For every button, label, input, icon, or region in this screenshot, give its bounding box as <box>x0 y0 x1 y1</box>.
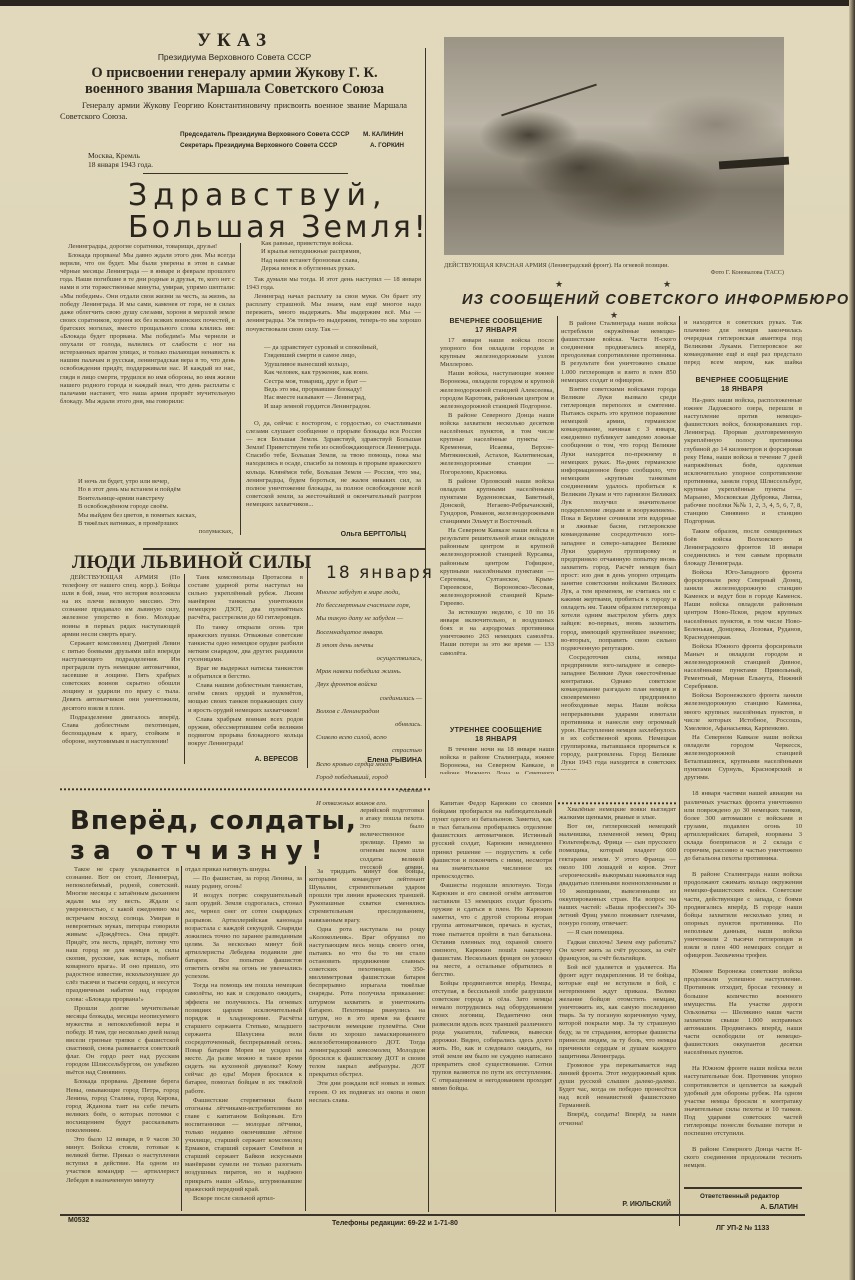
poem-line: соединились — <box>316 692 422 705</box>
lions-col-2: Танк комсомольца Протасова в составе уда… <box>188 574 303 756</box>
greeting-poem-1: И ночь ли будет, утро или вечер, Но в эт… <box>60 478 253 537</box>
paragraph: Тогда на помощь им пошла немецкая самолё… <box>185 982 302 1095</box>
greeting-col-2b: О, да, сейчас с восторгом, с гордостью, … <box>246 420 421 532</box>
poem18-body: Многое забудут в мире люди,Но бессмертны… <box>316 586 422 810</box>
poem-line: Волхов с Ленинградом <box>316 705 422 718</box>
editor-role: Ответственный редактор <box>700 1193 779 1200</box>
paragraph: Слава храбрым воинам всех родов оружия, … <box>188 716 303 748</box>
forward-col-2: отдал приказ натянуть шнуры. — По фашист… <box>185 866 302 1211</box>
greeting-title-1: Здравствуй, <box>128 180 388 212</box>
footer-phones: Телефоны редакции: 69-22 и 1-71-80 <box>332 1220 458 1227</box>
poem-line: Глядевший смерти в самое лицо, <box>264 352 439 360</box>
ukaz-divider <box>143 173 348 174</box>
column-rule <box>679 316 680 1226</box>
paragraph: На Северном Кавказе наши войска в резуль… <box>440 527 554 608</box>
paragraph: Вперёд, солдаты! Вперёд за нами отчизна! <box>559 1111 676 1127</box>
paragraph: В районе Северного Донца части Н-ского с… <box>684 1146 802 1170</box>
paragraph: Громовое ура перекатывается над линией ф… <box>559 1062 676 1111</box>
paragraph: Таким образом, после семидневных боёв во… <box>684 528 802 568</box>
poem-line: Город победивший, город <box>316 771 422 784</box>
poem-line: Славлю всею силой, всею <box>316 731 422 744</box>
gun-barrel-shape <box>719 157 789 170</box>
paragraph: На Южном фронте наши войска вели наступа… <box>684 1065 802 1138</box>
forward-title-1: Вперёд, солдаты, <box>70 806 357 836</box>
ukaz-sig-2-role: Секретарь Президиума Верховного Совета С… <box>180 142 380 149</box>
informburo-col-1b: В течение ночи на 18 января наши войска … <box>440 746 554 774</box>
column-rule <box>428 800 429 1212</box>
paragraph: В течение ночи на 18 января наши войска … <box>440 746 554 774</box>
paragraph: Вот он, гитлеровский немецкий мальчишка,… <box>559 823 676 928</box>
paragraph: Одна рота наступала на рощу «Колокольчик… <box>309 926 425 1080</box>
paragraph: Южнее Воронежа советские войска продолжа… <box>684 968 802 1057</box>
forward-col-4: Капитан Федор Карюкин со своими бойцами … <box>432 800 552 1212</box>
poem-line: В освобождённом городе своём. <box>78 503 253 511</box>
paragraph: Гадкая сволочь! Зачем ему работать? Он х… <box>559 939 676 963</box>
paragraph: Так думали мы тогда. И этот день наступи… <box>246 276 421 292</box>
ukaz-sig-1-role: Председатель Президиума Верховного Совет… <box>180 131 380 138</box>
poem-line: Но бессмертным счастием горя, <box>316 599 422 612</box>
paragraph: На-днях наши войска, расположенные южнее… <box>684 397 802 527</box>
poem-line: И шар земной гордится Ленинградом. <box>264 403 439 411</box>
paragraph: О, да, сейчас с восторгом, с гордостью, … <box>246 420 421 509</box>
paragraph: В районе Северного Донца наши войска зах… <box>440 412 554 477</box>
paragraph: Подразделение двигалось вперёд. Слава до… <box>62 714 180 746</box>
poem-line: Но в этот день мы встанем и пойдём <box>78 486 253 494</box>
paragraph: 17 января наши войска после упорного боя… <box>440 337 554 369</box>
informburo-col-3: и находится в советских руках. Так плаче… <box>684 319 802 369</box>
poem-line: В этот день мечты <box>316 639 422 652</box>
paragraph: За тридцать минут боя бойцы, которыми ко… <box>309 868 425 925</box>
paragraph: Капитан Федор Карюкин со своими бойцами … <box>432 800 552 881</box>
lions-byline: А. ВЕРЕСОВ <box>188 756 298 763</box>
poem-line: обнялись. <box>316 718 422 731</box>
informburo-col-3b: На-днях наши войска, расположенные южнее… <box>684 397 802 1197</box>
forward-col-3-top: лерийской подготовки в атаку пошла пехот… <box>360 807 424 869</box>
paragraph: и находится в советских руках. Так плаче… <box>684 319 802 369</box>
poem-line: Многое забудут в мире люди, <box>316 586 422 599</box>
poem18-byline: Елена РЫВИНА <box>316 757 422 764</box>
paragraph: отдал приказ натянуть шнуры. <box>185 866 302 874</box>
paragraph: Ленинградцы, дорогие соратники, товарищи… <box>60 243 235 251</box>
poem-line: И крылья неподвижные распрямив, <box>261 248 436 256</box>
ukaz-title: УКАЗ <box>62 30 407 52</box>
paragraph: Сосредоточив силы, немцы предприняли юго… <box>561 654 676 770</box>
poem-line: счастья <box>316 784 422 797</box>
forward-col-1: Такое не сразу укладывается в сознание. … <box>66 866 179 1211</box>
informburo-col-2: В районе Сталинграда наши войска истребл… <box>561 320 676 770</box>
poem-line: Двух фронтов войска <box>316 678 422 691</box>
paragraph: Взятие советскими войсками города Велики… <box>561 386 676 653</box>
footer-rule <box>60 1214 805 1216</box>
poem-line: Воительнице-армии навстречу <box>78 495 253 503</box>
section-divider <box>143 548 425 550</box>
paragraph: Бойцы продвигаются вперёд. Немцы, отступ… <box>432 980 552 1093</box>
ukaz-block: УКАЗ Президиума Верховного Совета СССР О… <box>62 30 407 122</box>
poem-line: Как равные, приветствуя войска. <box>261 240 436 248</box>
paragraph: Враг не выдержал натиска танкистов и обр… <box>188 665 303 681</box>
paragraph: Слава нашим доблестным танкистам, огнём … <box>188 682 303 714</box>
paragraph: В районе Орловский наши войска овладели … <box>440 478 554 527</box>
ukaz-headline-1: О присвоении генералу армии Жукову Г. К. <box>62 65 407 81</box>
paragraph: Хвалёные немецкие вояки выглядят жалкими… <box>559 806 676 822</box>
photo-caption: ДЕЙСТВУЮЩАЯ КРАСНАЯ АРМИЯ (Ленинградский… <box>444 262 784 269</box>
paragraph: — По фашистам, за город Ленина, за нашу … <box>185 875 302 891</box>
paragraph: Это было 12 января, в 9 часов 30 минут. … <box>66 1136 179 1185</box>
paragraph: Вскоре после сильной артил- <box>185 1195 302 1203</box>
ukaz-date: 18 января 1943 года. <box>88 160 153 169</box>
poem-line: полумасках, <box>78 528 253 536</box>
evening-17-header: ВЕЧЕРНЕЕ СООБЩЕНИЕ 17 ЯНВАРЯ <box>440 317 552 335</box>
informburo-col-1: 17 января наши войска после упорного боя… <box>440 337 554 655</box>
paragraph: Блокада прорвана! Мы давно ждали этого д… <box>60 252 235 406</box>
paragraph: Фашистские стервятники были отогнаны лёт… <box>185 1097 302 1194</box>
star-icon: ★ <box>663 279 671 290</box>
poem-line: Держа венок в обугленных руках. <box>261 265 436 273</box>
lions-title: ЛЮДИ ЛЬВИНОЙ СИЛЫ <box>72 552 312 574</box>
paragraph: Ленинград начал расплату за свои муки. О… <box>246 293 421 333</box>
paragraph: Войска Воронежского фронта заняли железн… <box>684 692 802 732</box>
paragraph: Войска Юго-Западного фронта форсировали … <box>684 569 802 642</box>
forward-col-3: За тридцать минут боя бойцы, которыми ко… <box>309 868 425 1211</box>
ukaz-headline-2: военного звания Маршала Советского Союза <box>62 81 407 97</box>
column-rule <box>181 866 182 1211</box>
footer-order: ЛГ УП-2 № 1133 <box>716 1225 769 1232</box>
paragraph: На Северном Кавказе наши войска овладели… <box>684 734 802 783</box>
paragraph: Эти дни рождали всё новых и новых героев… <box>309 1080 425 1104</box>
paragraph: Бой всё удаляется и удаляется. На фронт … <box>559 964 676 1061</box>
poem-line: Удушливое вынесший кольцо, <box>264 361 439 369</box>
paragraph: И воздух потряс сокрушительный залп оруд… <box>185 892 302 981</box>
poem18-title: 18 января <box>326 563 434 583</box>
poem-line: Как человек, как труженик, как воин. <box>264 369 439 377</box>
poem-line: Над нами встанет бронзовая слава, <box>261 257 436 265</box>
paragraph: В районе Сталинграда наши войска истребл… <box>561 320 676 385</box>
column-rule <box>184 574 185 764</box>
column-rule <box>240 243 241 535</box>
paragraph: Сержант комсомолец Дмитрий Левин с пятью… <box>62 640 180 713</box>
lions-col-1: ДЕЙСТВУЮЩАЯ АРМИЯ (По телефону от нашего… <box>62 574 180 770</box>
poem-line: В тяжёлых ватниках, в промёрзших <box>78 520 253 528</box>
poem-line: страстью <box>316 744 422 757</box>
paragraph: За истекшую неделю, с 10 по 16 января вк… <box>440 609 554 655</box>
poem-line: И ночь ли будет, утро или вечер, <box>78 478 253 486</box>
poem-line: — да здравствует суровый и спокойный, <box>264 344 439 352</box>
poem-line: Сестра моя, товарищ, друг и брат — <box>264 378 439 386</box>
paragraph: Такое не сразу укладывается в сознание. … <box>66 866 179 1004</box>
poem-line: Нас вместе называют — Ленинград, <box>264 394 439 402</box>
forward-col-5: Хвалёные немецкие вояки выглядят жалкими… <box>559 806 676 1196</box>
ukaz-place: Москва, Кремль <box>88 151 140 160</box>
poem-line: Мрак навеки победила жизнь. <box>316 665 422 678</box>
column-rule-main <box>425 48 426 778</box>
rifle-shape <box>501 84 597 117</box>
column-rule <box>307 560 308 768</box>
paragraph: Блокада прорвана. Древние берега Невы, о… <box>66 1078 179 1135</box>
greeting-col-2: Так думали мы тогда. И этот день наступи… <box>246 276 421 340</box>
star-icon: ★ <box>555 279 563 290</box>
forward-title-2: за отчизну! <box>70 836 331 866</box>
paragraph: Фашисты подошли вплотную. Тогда Карюкин … <box>432 882 552 979</box>
greeting-byline: Ольга БЕРГГОЛЬЦ <box>246 531 406 538</box>
morning-18-header: УТРЕННЕЕ СООБЩЕНИЕ 18 ЯНВАРЯ <box>440 726 552 744</box>
column-rule <box>555 800 556 1212</box>
informburo-title: ИЗ СООБЩЕНИЙ СОВЕТСКОГО ИНФОРМБЮРО <box>462 292 849 308</box>
editor-divider <box>684 1187 802 1189</box>
paragraph: Войска Южного фронта форсировали Маныч и… <box>684 643 802 692</box>
paragraph: ДЕЙСТВУЮЩАЯ АРМИЯ (По телефону от нашего… <box>62 574 180 639</box>
poem-line: Мы такую дату не забудем — <box>316 612 422 625</box>
battle-photo <box>444 37 784 255</box>
paragraph: Танк комсомольца Протасова в составе уда… <box>188 574 303 623</box>
photo-credit: Фото Г. Коновалова (ТАСС) <box>570 269 784 276</box>
poem-line: Мы выйдем без цветов, в помятых касках, <box>78 512 253 520</box>
poem-line: Восемнадцатое января. <box>316 626 422 639</box>
paragraph: 18 января частями нашей авиации на разли… <box>684 790 802 863</box>
greeting-col-1: Ленинградцы, дорогие соратники, товарищи… <box>60 243 235 478</box>
poem-line: Ведь это мы, прорвавшие блокаду! <box>264 386 439 394</box>
footer-code: М0532 <box>68 1217 89 1224</box>
ukaz-subtitle: Президиума Верховного Совета СССР <box>62 52 407 62</box>
ukaz-body: Генералу армии Жукову Георгию Константин… <box>60 100 407 122</box>
poem-line: осуществились, <box>316 652 422 665</box>
greeting-poem-2: Как равные, приветствуя войска. И крылья… <box>245 240 436 274</box>
paragraph: — Я сын помещика. <box>559 929 676 937</box>
top-edge <box>0 0 855 6</box>
column-rule <box>305 866 306 1211</box>
paragraph: В районе Сталинграда наши войска продолж… <box>684 871 802 960</box>
right-edge <box>849 0 855 1280</box>
paragraph: По танку открыли огонь три вражеских пуш… <box>188 624 303 664</box>
greeting-poem-3: — да здравствует суровый и спокойный, Гл… <box>246 344 439 411</box>
forward-byline: Р. ИЮЛЬСКИЙ <box>559 1201 671 1208</box>
evening-18-header: ВЕЧЕРНЕЕ СООБЩЕНИЕ 18 ЯНВАРЯ <box>684 376 800 394</box>
ukaz-sig-1-name: М. КАЛИНИН <box>363 131 403 138</box>
paragraph: лерийской подготовки в атаку пошла пехот… <box>360 807 424 869</box>
paragraph: Наши войска, наступающие южнее Воронежа,… <box>440 370 554 410</box>
paragraph: Прошли долгие мучительные месяцы блокады… <box>66 1005 179 1078</box>
ukaz-sig-2-name: А. ГОРКИН <box>370 142 404 149</box>
editor-name: А. БЛАТИН <box>700 1204 798 1211</box>
column-rule <box>557 316 558 771</box>
